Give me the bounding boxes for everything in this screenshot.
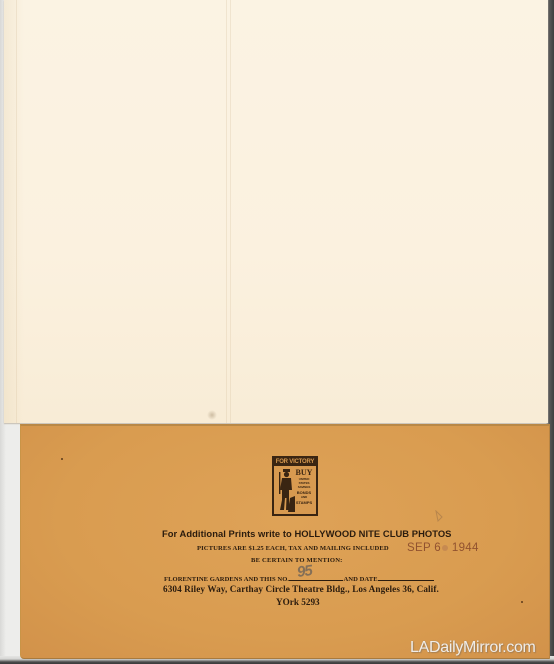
stamp-stamps: STAMPS [294, 501, 314, 505]
price-line: Pictures are $1.25 each, tax and mailing… [197, 545, 389, 552]
envelope-speck [521, 601, 523, 603]
minuteman-icon [277, 468, 295, 512]
number-blank: 95 [289, 573, 343, 581]
date-blank [378, 573, 434, 581]
date-label: and date [343, 576, 377, 583]
paper-crease [230, 0, 231, 423]
pencil-mark-icon [434, 510, 444, 522]
additional-prints-line: For Additional Prints write to HOLLYWOOD… [162, 528, 452, 539]
watermark: LADailyMirror.com [410, 639, 536, 657]
date-stamp: SEP 61944 [407, 542, 479, 554]
phone-line: YOrk 5293 [276, 597, 320, 607]
stamp-header: FOR VICTORY [274, 458, 316, 466]
handwritten-number: 95 [296, 562, 313, 581]
ink-smudge [442, 545, 448, 551]
paper-stain [207, 410, 217, 420]
stamp-line: SAVINGS [294, 486, 314, 489]
war-bonds-stamp: FOR VICTORY BUY UNITED STATES SAVINGS BO… [272, 456, 318, 516]
address-line: 6304 Riley Way, Carthay Circle Theatre B… [163, 584, 439, 594]
envelope-speck [61, 458, 63, 460]
stamp-line: AND [294, 496, 314, 499]
stamp-text: BUY UNITED STATES SAVINGS BONDS AND STAM… [294, 469, 314, 505]
date-stamp-month-day: SEP 6 [407, 542, 441, 554]
reference-line: Florentine Gardens and this No. 95 and d… [164, 573, 434, 583]
paper-crease [16, 0, 17, 423]
reference-prefix: Florentine Gardens and this No. [164, 576, 289, 583]
photo-mount-paper [4, 0, 548, 423]
paper-crease [226, 0, 227, 423]
date-stamp-year: 1944 [452, 542, 479, 554]
stamp-buy: BUY [294, 469, 314, 477]
